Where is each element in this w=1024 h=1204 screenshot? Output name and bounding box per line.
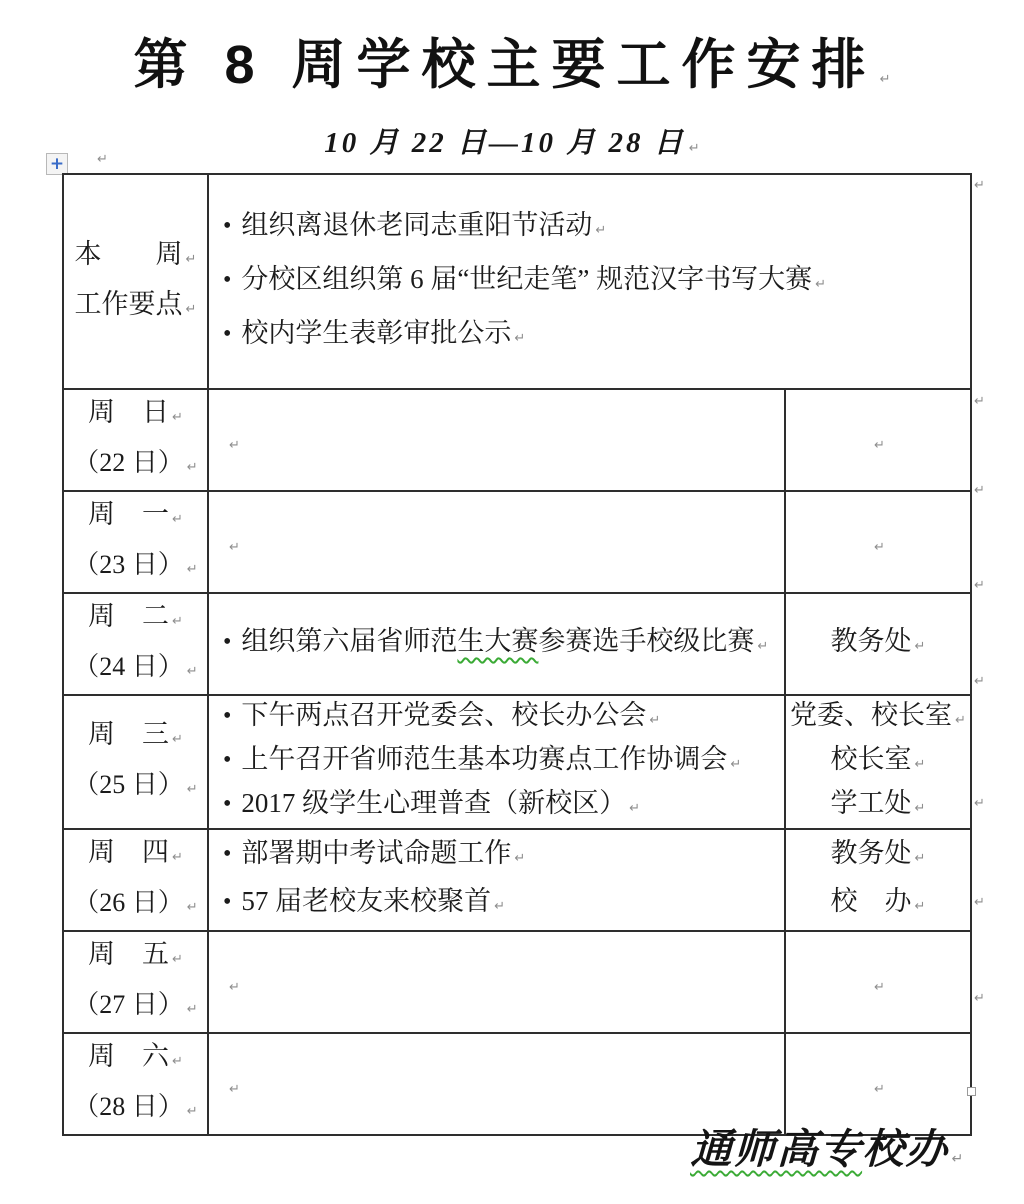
content-cell-sunday[interactable]: ↵ [208, 389, 785, 491]
department-cell-wednesday[interactable]: 党委、校长室↵ 校长室↵ 学工处↵ [785, 695, 971, 829]
summary-label-line1: 本 周 [75, 239, 183, 269]
date-label: （26 日） [73, 888, 184, 917]
table-row-tuesday: 周 二↵ （24 日）↵ •组织第六届省师范生大赛参赛选手校级比赛↵ 教务处↵ [63, 593, 971, 695]
paragraph-mark: ↵ [172, 732, 183, 747]
schedule-table: 本 周↵ 工作要点↵ •组织离退休老同志重阳节活动↵ •分校区组织第 6 届“世… [62, 173, 972, 1136]
summary-item-text: 组织离退休老同志重阳节活动 [241, 210, 592, 240]
paragraph-mark: ↵ [229, 980, 240, 995]
day-label: 周 二 [88, 601, 169, 631]
paragraph-mark: ↵ [187, 664, 198, 679]
day-cell-wednesday[interactable]: 周 三↵ （25 日）↵ [63, 695, 208, 829]
paragraph-mark: ↵ [874, 540, 885, 555]
paragraph-mark: ↵ [915, 757, 926, 772]
day-label: 周 三 [88, 719, 169, 749]
day-cell-saturday[interactable]: 周 六↵ （28 日）↵ [63, 1033, 208, 1135]
department-label: 教务处 [831, 838, 912, 868]
summary-item-text: 校内学生表彰审批公示 [241, 318, 511, 348]
paragraph-mark: ↵ [187, 562, 198, 577]
page-title: 第 8 周学校主要工作安排↵ [0, 22, 1024, 99]
paragraph-mark: ↵ [915, 851, 926, 866]
table-row-wednesday: 周 三↵ （25 日）↵ •下午两点召开党委会、校长办公会↵ •上午召开省师范生… [63, 695, 971, 829]
bullet-icon: • [223, 697, 231, 736]
paragraph-mark: ↵ [974, 483, 985, 498]
day-label: 周 日 [88, 397, 169, 427]
paragraph-mark: ↵ [494, 899, 505, 914]
summary-content-cell[interactable]: •组织离退休老同志重阳节活动↵ •分校区组织第 6 届“世纪走笔” 规范汉字书写… [208, 174, 971, 389]
day-label: 周 六 [88, 1041, 169, 1071]
content-cell-monday[interactable]: ↵ [208, 491, 785, 593]
table-move-handle[interactable]: + [46, 153, 68, 175]
paragraph-mark: ↵ [186, 302, 197, 317]
bullet-icon: • [223, 741, 231, 780]
date-label: （28 日） [73, 1092, 184, 1121]
paragraph-mark: ↵ [974, 796, 985, 811]
department-label: 学工处 [831, 788, 912, 818]
department-label: 党委、校长室 [790, 700, 952, 730]
table-row-thursday: 周 四↵ （26 日）↵ •部署期中考试命题工作↵ •57 届老校友来校聚首↵ … [63, 829, 971, 931]
schedule-item-text: 部署期中考试命题工作 [241, 838, 511, 868]
paragraph-mark: ↵ [187, 1002, 198, 1017]
day-cell-tuesday[interactable]: 周 二↵ （24 日）↵ [63, 593, 208, 695]
department-cell-tuesday[interactable]: 教务处↵ [785, 593, 971, 695]
paragraph-mark: ↵ [874, 1082, 885, 1097]
date-range-text: 10 月 22 日—10 月 28 日 [324, 127, 686, 159]
table-row-sunday: 周 日↵ （22 日）↵ ↵ ↵ [63, 389, 971, 491]
schedule-item: •部署期中考试命题工作↵ [223, 832, 778, 880]
summary-item: •分校区组织第 6 届“世纪走笔” 规范汉字书写大赛↵ [223, 255, 964, 309]
schedule-item: •组织第六届省师范生大赛参赛选手校级比赛↵ [223, 621, 778, 667]
schedule-item: •2017 级学生心理普查（新校区）↵ [223, 784, 778, 828]
content-cell-wednesday[interactable]: •下午两点召开党委会、校长办公会↵ •上午召开省师范生基本功赛点工作协调会↵ •… [208, 695, 785, 829]
bullet-icon: • [223, 833, 231, 875]
bullet-icon: • [223, 881, 231, 923]
schedule-item-text: 57 届老校友来校聚首 [241, 886, 491, 916]
paragraph-mark: ↵ [172, 410, 183, 425]
paragraph-mark: ↵ [874, 438, 885, 453]
schedule-item-text: 组织第六届省师范 [241, 626, 457, 656]
schedule-item-text: 上午召开省师范生基本功赛点工作协调会 [241, 744, 727, 774]
paragraph-mark: ↵ [172, 512, 183, 527]
paragraph-mark: ↵ [730, 757, 741, 772]
date-label: （27 日） [73, 990, 184, 1019]
date-label: （22 日） [73, 448, 184, 477]
paragraph-mark: ↵ [229, 438, 240, 453]
department-label: 校 办 [831, 886, 912, 916]
document-page: 第 8 周学校主要工作安排↵ 10 月 22 日—10 月 28 日↵ + ↵ … [0, 0, 1024, 1204]
paragraph-mark: ↵ [974, 394, 985, 409]
paragraph-mark: ↵ [915, 801, 926, 816]
department-cell-monday[interactable]: ↵ [785, 491, 971, 593]
paragraph-mark: ↵ [187, 460, 198, 475]
paragraph-mark: ↵ [689, 141, 700, 156]
table-resize-handle[interactable] [967, 1087, 976, 1096]
bullet-icon: • [223, 256, 231, 304]
department-label: 教务处 [831, 626, 912, 656]
footer-underlined-text: 通师高专 [690, 1126, 864, 1172]
table-row-friday: 周 五↵ （27 日）↵ ↵ ↵ [63, 931, 971, 1033]
day-cell-thursday[interactable]: 周 四↵ （26 日）↵ [63, 829, 208, 931]
paragraph-mark: ↵ [229, 1082, 240, 1097]
summary-item-text: 分校区组织第 6 届“世纪走笔” 规范汉字书写大赛 [241, 264, 812, 294]
paragraph-mark: ↵ [514, 331, 525, 346]
schedule-item-text: 2017 级学生心理普查（新校区） [241, 788, 626, 818]
schedule-item: •上午召开省师范生基本功赛点工作协调会↵ [223, 740, 778, 784]
bullet-icon: • [223, 310, 231, 358]
paragraph-mark: ↵ [955, 713, 966, 728]
day-cell-monday[interactable]: 周 一↵ （23 日）↵ [63, 491, 208, 593]
paragraph-mark: ↵ [172, 850, 183, 865]
day-label: 周 四 [88, 837, 169, 867]
schedule-item-text: 下午两点召开党委会、校长办公会 [241, 700, 646, 730]
paragraph-mark: ↵ [629, 801, 640, 816]
schedule-item-text: 参赛选手校级比赛 [538, 626, 754, 656]
bullet-icon: • [223, 622, 231, 662]
footer-rest-text: 校办 [862, 1126, 950, 1172]
summary-item: •组织离退休老同志重阳节活动↵ [223, 201, 964, 255]
table-row-monday: 周 一↵ （23 日）↵ ↵ ↵ [63, 491, 971, 593]
paragraph-mark: ↵ [514, 851, 525, 866]
move-icon: + [50, 156, 64, 173]
paragraph-mark: ↵ [757, 639, 768, 654]
paragraph-mark: ↵ [187, 1104, 198, 1119]
department-cell-friday[interactable]: ↵ [785, 931, 971, 1033]
day-label: 周 五 [88, 939, 169, 969]
table-row-summary: 本 周↵ 工作要点↵ •组织离退休老同志重阳节活动↵ •分校区组织第 6 届“世… [63, 174, 971, 389]
paragraph-mark: ↵ [186, 252, 197, 267]
date-label: （25 日） [73, 770, 184, 799]
day-cell-friday[interactable]: 周 五↵ （27 日）↵ [63, 931, 208, 1033]
paragraph-mark: ↵ [187, 782, 198, 797]
paragraph-mark: ↵ [97, 152, 108, 167]
day-label: 周 一 [88, 499, 169, 529]
summary-item: •校内学生表彰审批公示↵ [223, 309, 964, 363]
paragraph-mark: ↵ [649, 713, 660, 728]
date-range: 10 月 22 日—10 月 28 日↵ [0, 120, 1024, 161]
paragraph-mark: ↵ [172, 952, 183, 967]
department-cell-thursday[interactable]: 教务处↵ 校 办↵ [785, 829, 971, 931]
paragraph-mark: ↵ [187, 900, 198, 915]
schedule-item: •57 届老校友来校聚首↵ [223, 880, 778, 928]
schedule-item: •下午两点召开党委会、校长办公会↵ [223, 696, 778, 740]
content-cell-friday[interactable]: ↵ [208, 931, 785, 1033]
paragraph-mark: ↵ [974, 674, 985, 689]
day-cell-sunday[interactable]: 周 日↵ （22 日）↵ [63, 389, 208, 491]
paragraph-mark: ↵ [915, 639, 926, 654]
paragraph-mark: ↵ [874, 980, 885, 995]
paragraph-mark: ↵ [974, 991, 985, 1006]
department-label: 校长室 [831, 744, 912, 774]
paragraph-mark: ↵ [974, 578, 985, 593]
summary-label-cell[interactable]: 本 周↵ 工作要点↵ [63, 174, 208, 389]
bullet-icon: • [223, 785, 231, 824]
footer-signature: 通师高专校办↵ [690, 1116, 965, 1175]
paragraph-mark: ↵ [974, 895, 985, 910]
paragraph-mark: ↵ [880, 72, 891, 87]
spellcheck-underlined-text: 生大赛 [457, 626, 538, 656]
summary-label-line2: 工作要点 [75, 289, 183, 319]
date-label: （23 日） [73, 550, 184, 579]
paragraph-mark: ↵ [172, 1054, 183, 1069]
paragraph-mark: ↵ [815, 277, 826, 292]
date-label: （24 日） [73, 652, 184, 681]
paragraph-mark: ↵ [229, 540, 240, 555]
paragraph-mark: ↵ [974, 178, 985, 193]
paragraph-mark: ↵ [952, 1151, 964, 1167]
page-title-text: 第 8 周学校主要工作安排 [134, 35, 877, 95]
bullet-icon: • [223, 202, 231, 250]
department-cell-sunday[interactable]: ↵ [785, 389, 971, 491]
paragraph-mark: ↵ [595, 223, 606, 238]
paragraph-mark: ↵ [172, 614, 183, 629]
content-cell-thursday[interactable]: •部署期中考试命题工作↵ •57 届老校友来校聚首↵ [208, 829, 785, 931]
paragraph-mark: ↵ [915, 899, 926, 914]
content-cell-tuesday[interactable]: •组织第六届省师范生大赛参赛选手校级比赛↵ [208, 593, 785, 695]
